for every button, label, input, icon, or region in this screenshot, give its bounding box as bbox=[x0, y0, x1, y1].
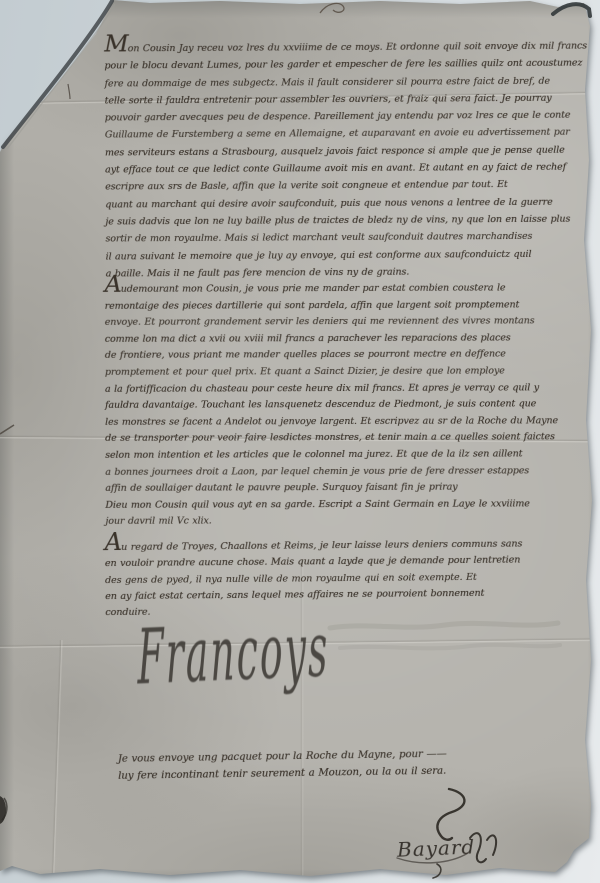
manuscript-line: de frontiere, vous priant me mander quel… bbox=[105, 349, 587, 367]
manuscript-line: de se transporter pour veoir faire lesdi… bbox=[105, 432, 587, 450]
manuscript-line: jour davril mil Vc xlix. bbox=[105, 514, 587, 532]
manuscript-line: remontaige des pieces dartillerie qui so… bbox=[105, 299, 587, 317]
manuscript-paper-shadow: Mon Cousin Jay receu voz lres du xxviiim… bbox=[0, 0, 600, 883]
manuscript-line: Mon Cousin Jay receu voz lres du xxviiim… bbox=[104, 41, 586, 61]
manuscript-line: selon mon intention et les articles que … bbox=[105, 448, 587, 466]
manuscript-line: il aura suivant le memoire que je luy ay… bbox=[106, 248, 588, 268]
manuscript-line: fauldra davantaige. Touchant les lansque… bbox=[105, 398, 587, 416]
photo-backdrop: Mon Cousin Jay receu voz lres du xxviiim… bbox=[0, 0, 600, 883]
manuscript-line: Dieu mon Cousin quil vous ayt en sa gard… bbox=[105, 498, 587, 516]
manuscript-line: envoye. Et pourront grandement servir le… bbox=[105, 315, 587, 333]
manuscript-line: Audemourant mon Cousin, je vous prie me … bbox=[105, 282, 587, 300]
manuscript-line: a la fortifficacion du chasteau pour ces… bbox=[105, 382, 587, 400]
manuscript-line: les monstres se facent a Andelot ou jenv… bbox=[105, 415, 587, 433]
letter-body-paragraph-1: Mon Cousin Jay receu voz lres du xxviiim… bbox=[104, 41, 587, 286]
postscript-paragraph: Je vous envoye ung pacquet pour la Roche… bbox=[118, 748, 478, 787]
manuscript-line: promptement et pour quel prix. Et quant … bbox=[105, 365, 587, 383]
manuscript-line: affin de soullaiger dautant le pauvre pe… bbox=[105, 481, 587, 499]
secretary-signature: Bayard bbox=[397, 834, 476, 861]
manuscript-line: fere au dommaige de mes subgectz. Mais i… bbox=[104, 75, 586, 95]
manuscript-line: a bonnes journees droit a Laon, par lequ… bbox=[105, 465, 587, 483]
manuscript-line: Guillaume de Furstemberg a seme en Allem… bbox=[105, 127, 587, 147]
letter-body-paragraph-2: Audemourant mon Cousin, je vous prie me … bbox=[105, 282, 588, 533]
manuscript-line: escripre aux srs de Basle, affin que la … bbox=[105, 179, 587, 199]
letter-body-paragraph-3: Au regard de Troyes, Chaallons et Reims,… bbox=[105, 538, 588, 624]
manuscript-page: Mon Cousin Jay receu voz lres du xxviiim… bbox=[0, 0, 600, 883]
royal-signature: Francoys bbox=[137, 606, 330, 702]
manuscript-line: comme lon ma dict a xvii ou xviii mil fr… bbox=[105, 332, 587, 350]
